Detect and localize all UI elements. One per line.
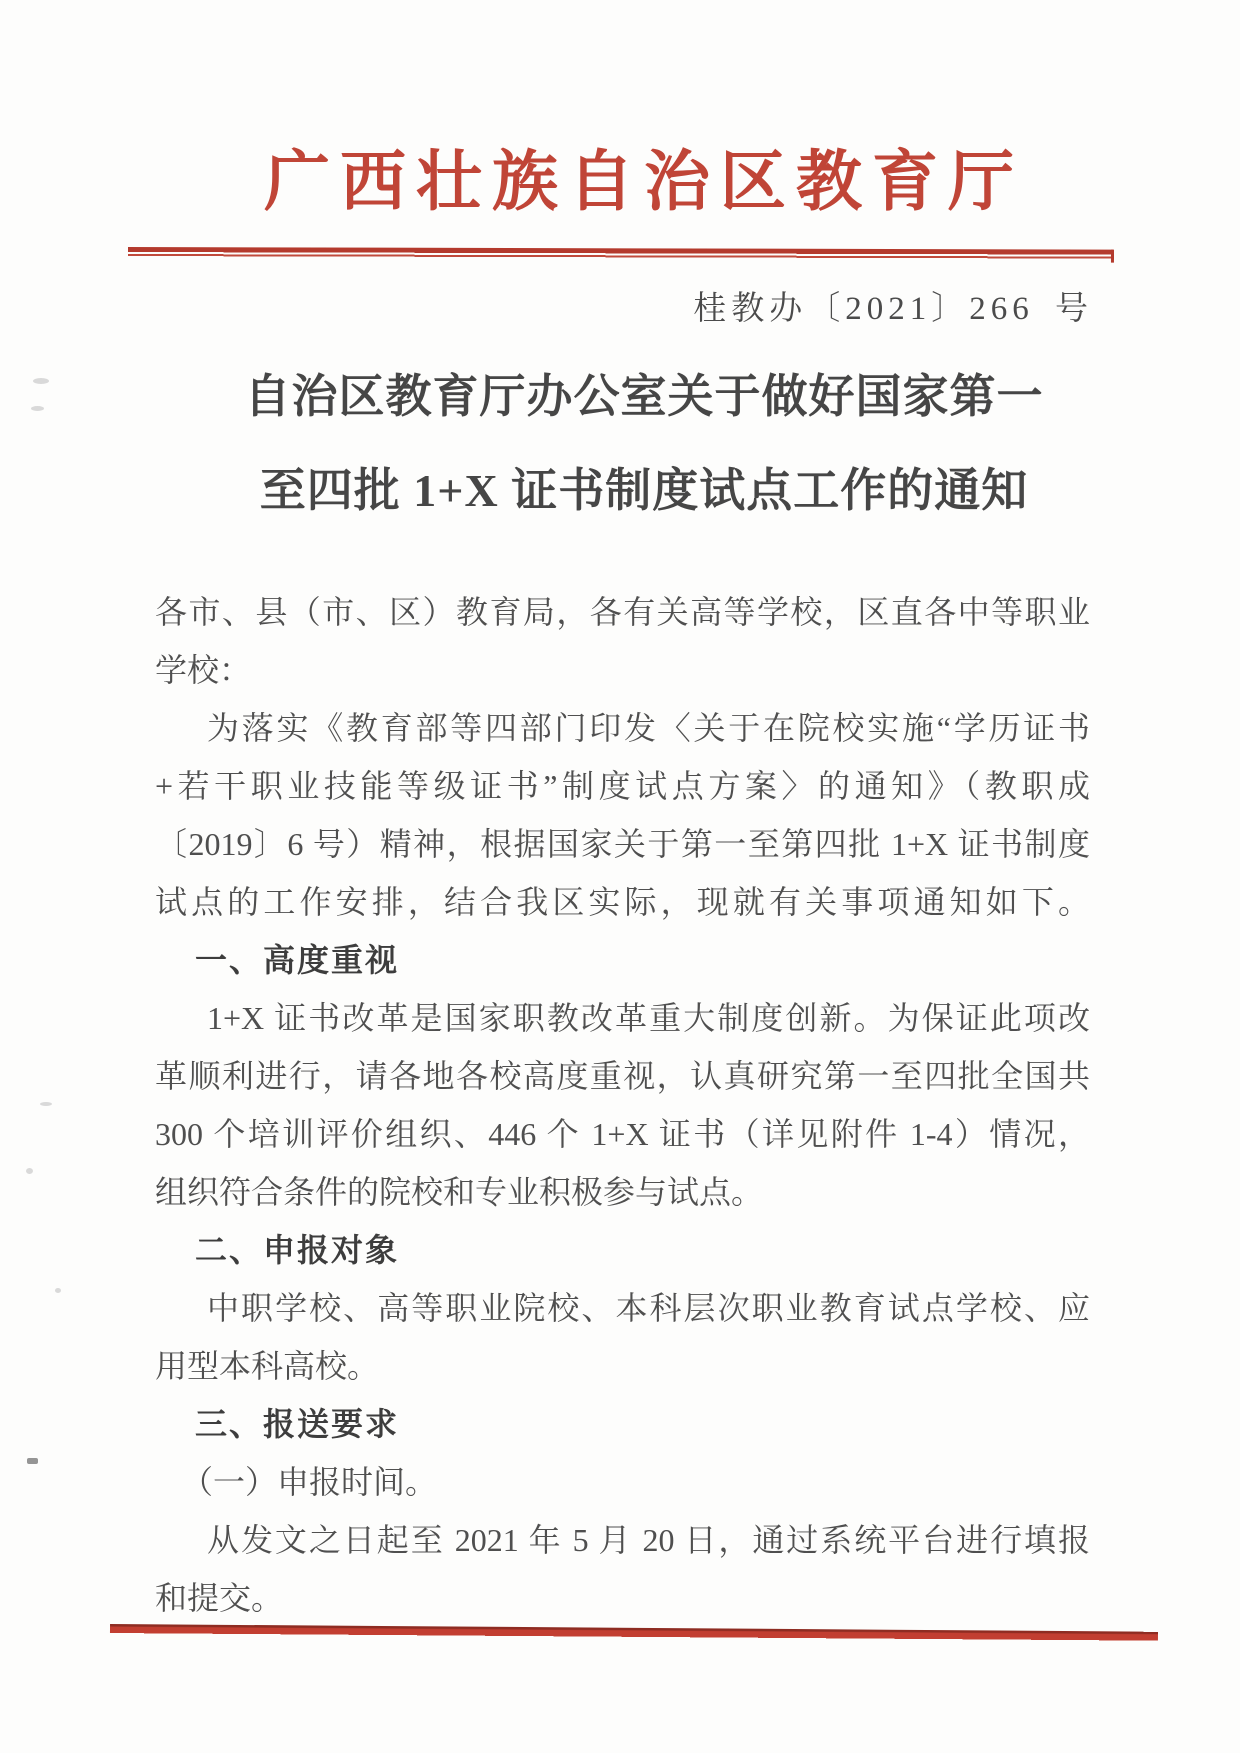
document-title-line2: 至四批 1+X 证书制度试点工作的通知 <box>24 444 1240 538</box>
body-line: 〔2019〕6 号）精神，根据国家关于第一至第四批 1+X 证书制度 <box>155 815 1090 873</box>
issuer-letterhead: 广西壮族自治区教育厅 <box>0 128 1240 223</box>
body-line: 300 个培训评价组织、446 个 1+X 证书（详见附件 1-4）情况， <box>155 1105 1090 1163</box>
body-line: 革顺利进行，请各地各校高度重视，认真研究第一至四批全国共 <box>155 1047 1090 1105</box>
section-heading-2: 二、申报对象 <box>155 1221 1090 1279</box>
scan-speck <box>33 378 49 384</box>
document-title: 自治区教育厅办公室关于做好国家第一 至四批 1+X 证书制度试点工作的通知 <box>24 350 1240 538</box>
letterhead-divider <box>128 247 1113 260</box>
body-line: 组织符合条件的院校和专业积极参与试点。 <box>155 1163 1090 1221</box>
divider-end-tick <box>1111 250 1114 263</box>
body-line: 用型本科高校。 <box>155 1337 1090 1395</box>
section-heading-1: 一、高度重视 <box>155 931 1090 989</box>
body-line: +若干职业技能等级证书”制度试点方案〉的通知》（教职成 <box>155 757 1090 815</box>
body-line: 和提交。 <box>155 1569 1090 1627</box>
section-heading-3: 三、报送要求 <box>155 1395 1090 1453</box>
body-line: 为落实《教育部等四部门印发〈关于在院校实施“学历证书 <box>155 699 1090 757</box>
body-line: 从发文之日起至 2021 年 5 月 20 日，通过系统平台进行填报 <box>155 1511 1090 1569</box>
body-line: 1+X 证书改革是国家职教改革重大制度创新。为保证此项改 <box>155 989 1090 1047</box>
salutation-line: 学校： <box>155 641 1090 699</box>
document-title-line1: 自治区教育厅办公室关于做好国家第一 <box>24 350 1240 444</box>
document-number: 桂教办〔2021〕266 号 <box>693 282 1093 329</box>
salutation-line: 各市、县（市、区）教育局，各有关高等学校，区直各中等职业 <box>155 583 1090 641</box>
scan-speck <box>26 1168 33 1174</box>
body-line: 试点的工作安排，结合我区实际，现就有关事项通知如下。 <box>155 873 1090 931</box>
scan-speck <box>27 1458 38 1464</box>
scan-speck <box>40 1102 52 1106</box>
document-body: 各市、县（市、区）教育局，各有关高等学校，区直各中等职业 学校： 为落实《教育部… <box>155 583 1090 1627</box>
sub-heading: （一）申报时间。 <box>155 1453 1090 1511</box>
scan-speck <box>55 1288 61 1293</box>
document-page: 广西壮族自治区教育厅 桂教办〔2021〕266 号 自治区教育厅办公室关于做好国… <box>0 0 1240 1753</box>
body-line: 中职学校、高等职业院校、本科层次职业教育试点学校、应 <box>155 1279 1090 1337</box>
scan-speck <box>31 406 44 411</box>
